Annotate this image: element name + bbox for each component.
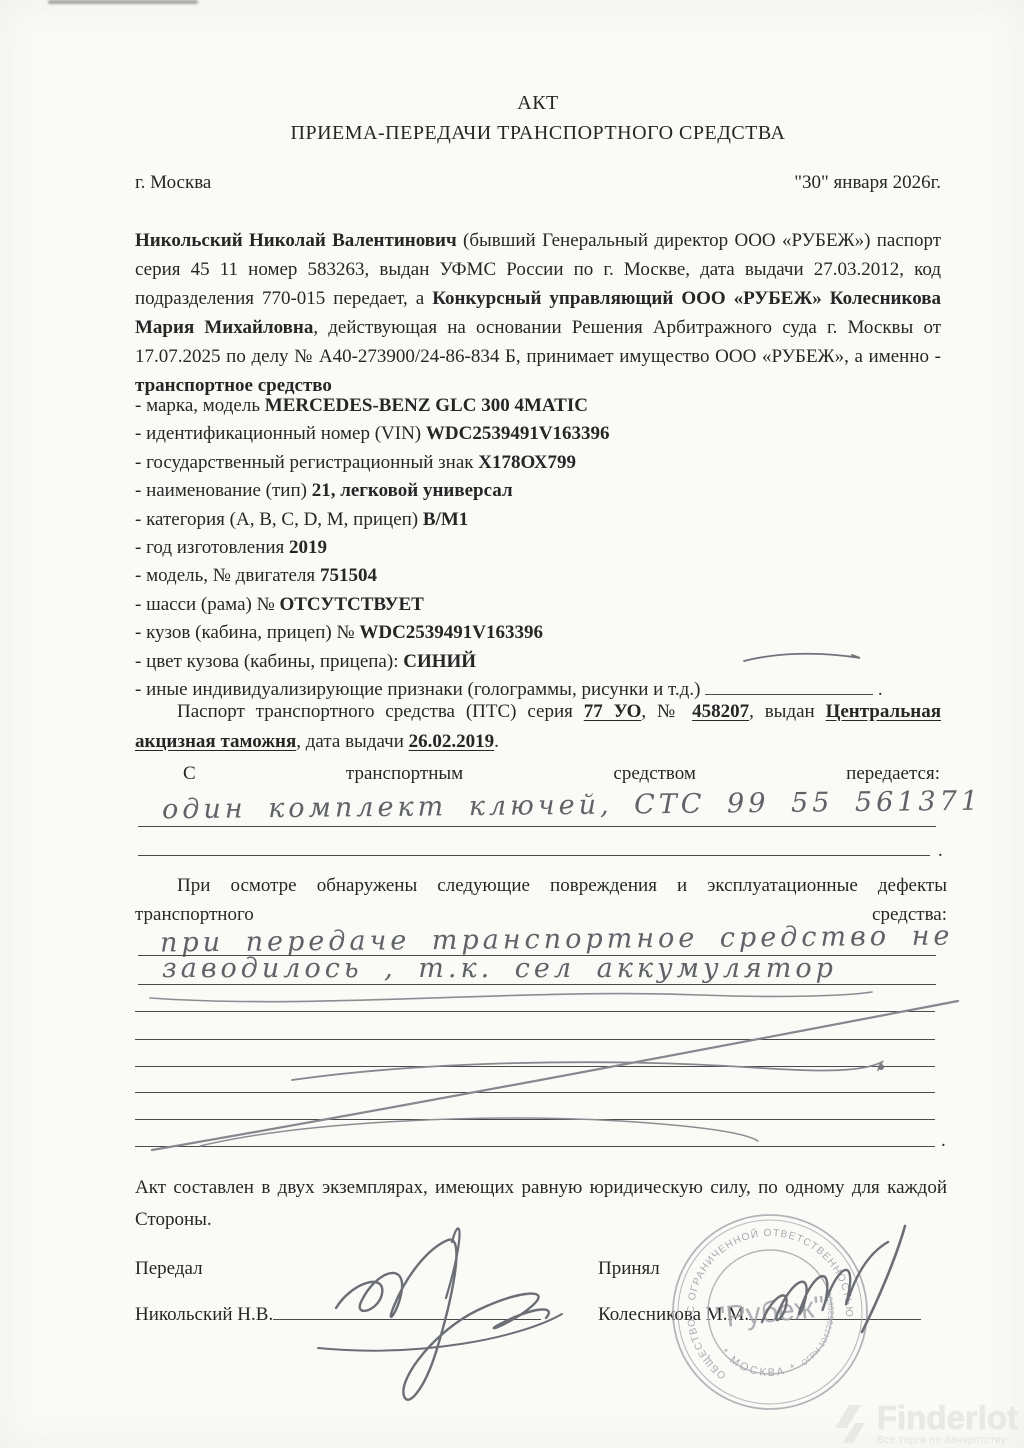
list-item: - кузов (кабина, прицеп) № WDC2539491V16…	[135, 619, 947, 647]
pts-paragraph: Паспорт транспортного средства (ПТС) сер…	[135, 697, 941, 756]
defects-intro-line1: При осмотре обнаружены следующие поврежд…	[135, 875, 947, 897]
pts-number: 458207	[692, 701, 749, 722]
crossout-arc-lower	[200, 1118, 758, 1146]
watermark-brand: Finderlot	[877, 1401, 1018, 1434]
ruled-line	[135, 1011, 935, 1012]
transfer-items-heading: С транспортным средством передается:	[183, 763, 940, 785]
scan-artifact-smudge	[48, 0, 198, 4]
document-date: "30" января 2026г.	[794, 172, 941, 194]
blank-fill-line	[705, 679, 873, 695]
signature-transferor-upstroke	[446, 1228, 460, 1298]
pts-run: .	[494, 731, 499, 752]
finderlot-logo-icon	[831, 1400, 869, 1446]
ruled-line	[135, 1146, 935, 1147]
parties-paragraph: Никольский Николай Валентинович (бывший …	[135, 226, 941, 400]
attr-value: WDC2539491V163396	[359, 622, 543, 643]
vehicle-attributes-list: - марка, модель MERCEDES-BENZ GLC 300 4M…	[135, 392, 947, 704]
finderlot-watermark: Finderlot Все торги по банкротству	[831, 1400, 1018, 1446]
ruled-line	[138, 855, 930, 856]
transferor-role-label: Передал	[135, 1258, 203, 1280]
word: транспортного	[135, 904, 254, 926]
attr-value: СИНИЙ	[403, 651, 476, 672]
attr-value: 2019	[289, 537, 327, 558]
ruled-line	[135, 1039, 935, 1040]
stamp-center-name: "Рубеж"	[714, 1290, 827, 1334]
crossout-wave-top	[150, 992, 872, 1002]
company-round-stamp: ОБЩЕСТВО С ОГРАНИЧЕННОЙ ОТВЕТСТВЕННОСТЬЮ…	[670, 1212, 870, 1412]
crossout-diagonal	[152, 1001, 958, 1150]
list-item: - идентификационный номер (VIN) WDC25394…	[135, 420, 947, 448]
pts-run: Паспорт транспортного средства (ПТС) сер…	[177, 701, 584, 722]
watermark-tagline: Все торги по банкротству	[877, 1436, 1018, 1446]
attr-label: - наименование (тип)	[135, 480, 312, 501]
period: .	[938, 840, 943, 862]
list-item: - модель, № двигателя 751504	[135, 562, 947, 590]
attr-label: - год изготовления	[135, 537, 289, 558]
attr-label: - цвет кузова (кабины, прицепа):	[135, 651, 403, 672]
attr-label: - марка, модель	[135, 395, 265, 416]
transferor-short-name: Никольский Н.В.	[135, 1304, 273, 1325]
attr-label: - кузов (кабина, прицеп) №	[135, 622, 359, 643]
pts-run: , №	[641, 701, 692, 722]
list-item: - марка, модель MERCEDES-BENZ GLC 300 4M…	[135, 392, 947, 420]
period: .	[941, 1130, 946, 1152]
stamp-city-text: * МОСКВА *	[718, 1347, 800, 1380]
word: транспортным	[346, 763, 463, 785]
document-title-block: АКТ ПРИЕМА-ПЕРЕДАЧИ ТРАНСПОРТНОГО СРЕДСТ…	[135, 88, 941, 148]
list-item: - наименование (тип) 21, легковой универ…	[135, 477, 947, 505]
receiver-role-label: Принял	[598, 1258, 660, 1280]
word: средством	[613, 763, 696, 785]
attr-label: - шасси (рама) №	[135, 594, 279, 615]
ruled-line	[138, 826, 936, 827]
handwritten-defects-line2: заводилось , т.к. сел аккумулятор	[162, 953, 837, 984]
ruled-line	[135, 1066, 935, 1067]
pts-series: 77 УО	[584, 701, 642, 722]
ruled-line	[138, 955, 936, 956]
document-city: г. Москва	[135, 172, 211, 194]
list-item: - цвет кузова (кабины, прицепа): СИНИЙ	[135, 648, 947, 676]
watermark-text-block: Finderlot Все торги по банкротству	[877, 1401, 1018, 1446]
attr-value: 21, легковой универсал	[312, 480, 513, 501]
transferor-name: Никольский Николай Валентинович	[135, 230, 457, 251]
ruled-line	[138, 984, 936, 985]
document-title-line2: ПРИЕМА-ПЕРЕДАЧИ ТРАНСПОРТНОГО СРЕДСТВА	[135, 118, 941, 148]
attr-value: 751504	[320, 565, 377, 586]
transferor-signature-row: Никольский Н.В.	[135, 1304, 541, 1326]
attr-label: - государственный регистрационный знак	[135, 452, 478, 473]
ink-blot	[878, 1064, 884, 1070]
handwritten-transferred-items: один комплект ключей, СТС 99 55 561371	[162, 786, 982, 826]
ruled-line	[135, 1092, 935, 1093]
list-item: - год изготовления 2019	[135, 534, 947, 562]
attr-value: WDC2539491V163396	[426, 423, 610, 444]
ruled-line	[135, 1119, 935, 1120]
pts-issue-date: 26.02.2019	[409, 731, 495, 752]
signature-line	[273, 1305, 541, 1320]
pts-run: , выдан	[749, 701, 825, 722]
city-date-row: г. Москва "30" января 2026г.	[135, 172, 941, 194]
crossout-arc-middle	[292, 1062, 882, 1080]
document-title-line1: АКТ	[135, 88, 941, 118]
list-item: - государственный регистрационный знак Х…	[135, 449, 947, 477]
attr-label: - категория (А, В, С, D, М, прицеп)	[135, 509, 423, 530]
attr-value: ОТСУТСТВУЕТ	[279, 594, 423, 615]
attr-value: Х178ОХ799	[478, 452, 576, 473]
word: С	[183, 763, 196, 785]
list-item: - категория (А, В, С, D, М, прицеп) В/М1	[135, 506, 947, 534]
attr-value: В/М1	[423, 509, 468, 530]
attr-label: - модель, № двигателя	[135, 565, 320, 586]
word: передается:	[846, 763, 940, 785]
attr-value: MERCEDES-BENZ GLC 300 4MATIC	[265, 395, 588, 416]
pts-run: , дата выдачи	[296, 731, 408, 752]
attr-label: - идентификационный номер (VIN)	[135, 423, 426, 444]
scanned-act-document: АКТ ПРИЕМА-ПЕРЕДАЧИ ТРАНСПОРТНОГО СРЕДСТ…	[0, 0, 1024, 1448]
list-item: - шасси (рама) № ОТСУТСТВУЕТ	[135, 591, 947, 619]
